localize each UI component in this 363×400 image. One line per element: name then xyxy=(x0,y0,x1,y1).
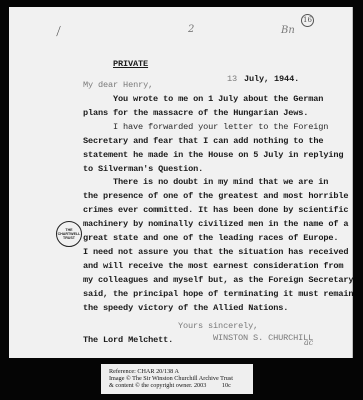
signature: WINSTON S. CHURCHILL xyxy=(213,333,313,343)
body-line: You wrote to me on 1 July about the Germ… xyxy=(113,94,323,104)
body-line: crimes ever committed. It has been done … xyxy=(83,205,348,215)
copyright-line: Image © The Sir Winston Churchill Archiv… xyxy=(109,375,253,382)
chartwell-trust-stamp: THE CHARTWELL TRUST xyxy=(56,221,82,247)
folio-number: 16 xyxy=(301,14,314,27)
body-line: and will receive the most earnest consid… xyxy=(83,261,343,271)
body-line: the speedy victory of the Allied Nations… xyxy=(83,303,288,313)
copyright-line: & content © the copyright owner. 2003 10… xyxy=(109,382,253,389)
body-line: statement he made in the House on 5 July… xyxy=(83,150,343,160)
body-line: There is no doubt in my mind that we are… xyxy=(113,177,328,187)
body-line: great state and one of the leading races… xyxy=(83,233,338,243)
body-line: to Silverman's Question. xyxy=(83,164,203,174)
closing: Yours sincerely, xyxy=(178,321,258,331)
archive-reference-label: Reference: CHAR 20/138 A Image © The Sir… xyxy=(101,364,253,394)
body-line: machinery by nominally civilized men in … xyxy=(83,219,348,229)
salutation: My dear Henry, xyxy=(83,80,153,90)
stamp-text: TRUST xyxy=(58,236,81,240)
copyright-text: & content © the copyright owner. 2003 xyxy=(109,382,206,389)
body-line: my colleagues and myself but, as the For… xyxy=(83,275,353,285)
body-line: Secretary and fear that I can add nothin… xyxy=(83,136,323,146)
letter-heading: PRIVATE xyxy=(113,59,148,69)
date-day: 13 xyxy=(227,74,237,84)
body-line: I need not assure you that the situation… xyxy=(83,247,348,257)
handwritten-mark: 2 xyxy=(188,24,194,35)
handwritten-initials-bottom: ac xyxy=(304,338,313,347)
body-line: I have forwarded your letter to the Fore… xyxy=(113,122,328,132)
body-line: the presence of one of the greatest and … xyxy=(83,191,348,201)
body-line: said, the principal hope of terminating … xyxy=(83,289,353,299)
recipient: The Lord Melchett. xyxy=(83,335,173,345)
date-month-year: July, 1944. xyxy=(244,74,299,84)
page-code: 10c xyxy=(222,382,231,389)
body-line: plans for the massacre of the Hungarian … xyxy=(83,108,308,118)
reference-line: Reference: CHAR 20/138 A xyxy=(109,368,253,375)
handwritten-initials: Bn xyxy=(281,25,295,36)
